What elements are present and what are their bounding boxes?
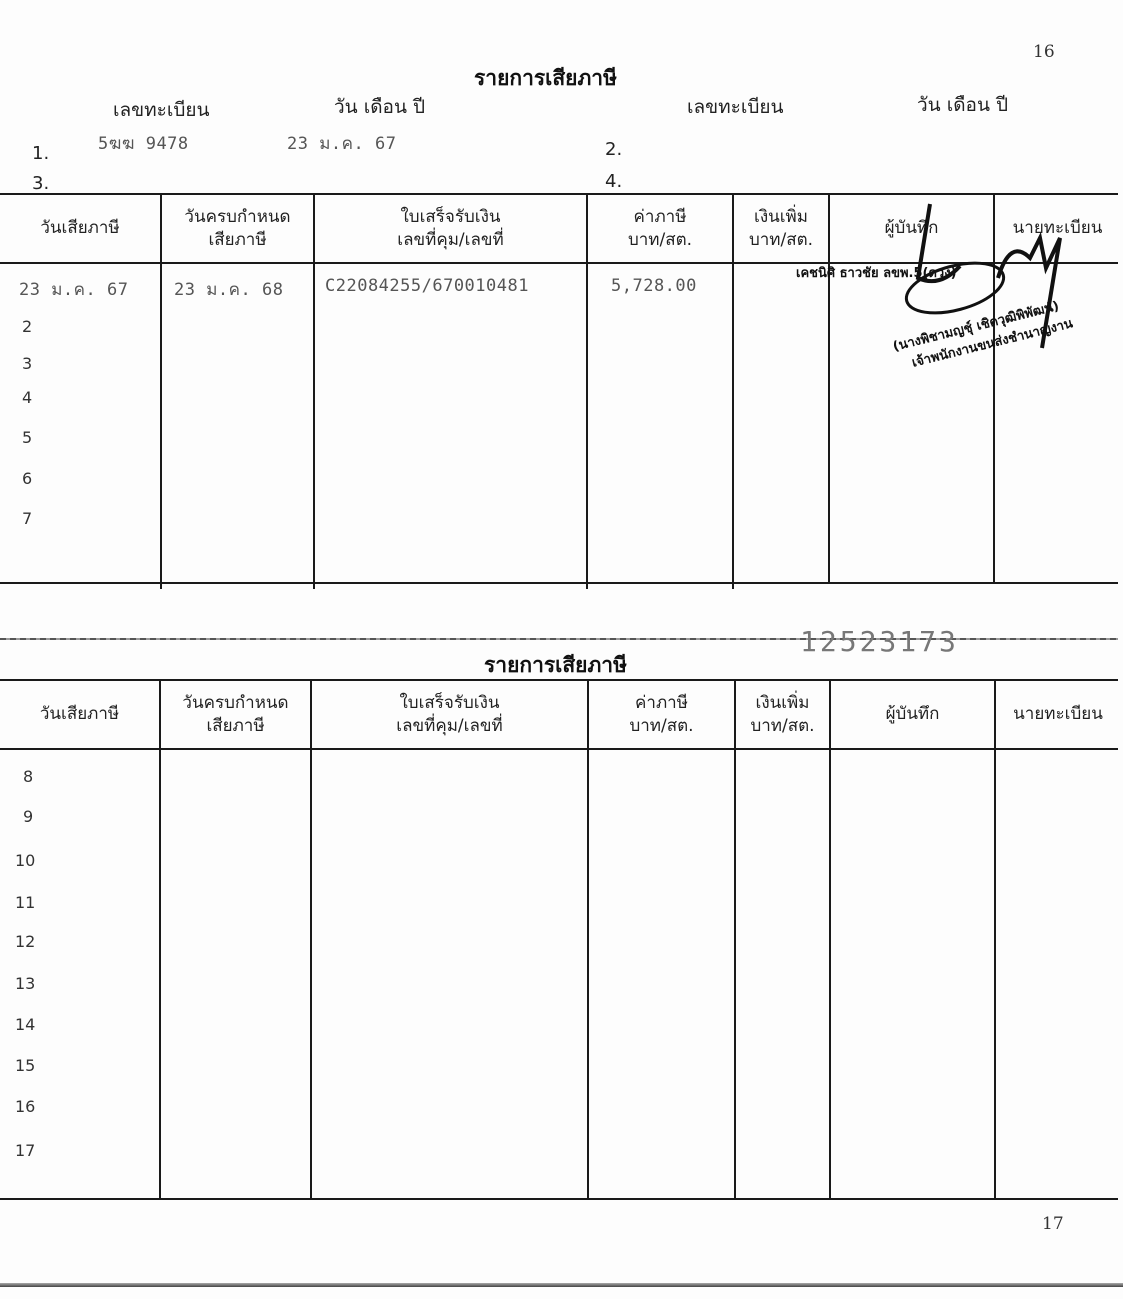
- row-number: 6: [22, 469, 32, 488]
- header-text: บาท/สต.: [734, 229, 828, 252]
- header-text: ใบเสร็จรับเงิน: [315, 206, 586, 229]
- header-text: วันครบกำหนด: [161, 692, 310, 715]
- header-text: เลขที่คุม/เลขที่: [315, 229, 586, 252]
- row-1-due-date: 23 ม.ค. 68: [174, 276, 283, 303]
- header-text: ใบเสร็จรับเงิน: [312, 692, 587, 715]
- row-number: 8: [23, 767, 33, 786]
- header-text: เสียภาษี: [162, 229, 313, 252]
- reg-item-3-number: 3.: [32, 173, 49, 194]
- row-1-tax: 5,728.00: [611, 276, 697, 296]
- header-text: นายทะเบียน: [996, 703, 1120, 726]
- row-number: 4: [22, 388, 32, 407]
- col-divider: [310, 681, 312, 1198]
- page-number-top: 16: [1033, 42, 1055, 62]
- col-divider: [159, 681, 161, 1198]
- header-text: วันครบกำหนด: [162, 206, 313, 229]
- reg-label-left: เลขทะเบียน: [113, 95, 210, 125]
- reg-item-1-number: 1.: [32, 143, 49, 164]
- header-text: บาท/สต.: [588, 229, 732, 252]
- row-number: 15: [15, 1056, 35, 1075]
- header-text: วันเสียภาษี: [0, 217, 160, 240]
- header-registrar: นายทะเบียน: [996, 681, 1120, 748]
- header-receipt: ใบเสร็จรับเงินเลขที่คุม/เลขที่: [312, 681, 587, 748]
- header-surcharge: เงินเพิ่มบาท/สต.: [736, 681, 829, 748]
- header-recorder: ผู้บันทึก: [831, 681, 994, 748]
- col-divider: [994, 681, 996, 1198]
- row-number: 17: [15, 1141, 35, 1160]
- header-receipt: ใบเสร็จรับเงินเลขที่คุม/เลขที่: [315, 195, 586, 262]
- row-number: 2: [22, 317, 32, 336]
- reg-item-1-plate: 5ฆฆ 9478: [98, 130, 189, 157]
- page-edge: [0, 1283, 1123, 1287]
- col-divider: [734, 681, 736, 1198]
- row-number: 14: [15, 1015, 35, 1034]
- header-text: เงินเพิ่ม: [736, 692, 829, 715]
- row-number: 16: [15, 1097, 35, 1116]
- header-due-date: วันครบกำหนดเสียภาษี: [161, 681, 310, 748]
- row-number: 12: [15, 932, 35, 951]
- reg-item-2-number: 2.: [605, 139, 622, 160]
- header-text: ค่าภาษี: [589, 692, 734, 715]
- serial-number: 12523173: [800, 625, 959, 658]
- table-border: [0, 1198, 1118, 1200]
- col-divider: [587, 681, 589, 1198]
- date-label-left: วัน เดือน ปี: [334, 92, 425, 122]
- section-title-top: รายการเสียภาษี: [474, 62, 617, 95]
- row-number: 9: [23, 807, 33, 826]
- row-number: 7: [22, 509, 32, 528]
- row-1-pay-date: 23 ม.ค. 67: [19, 276, 128, 303]
- header-text: เลขที่คุม/เลขที่: [312, 715, 587, 738]
- header-tax: ค่าภาษีบาท/สต.: [588, 195, 732, 262]
- row-1-receipt: C22084255/670010481: [325, 276, 529, 296]
- reg-item-4-number: 4.: [605, 171, 622, 192]
- header-text: วันเสียภาษี: [0, 703, 159, 726]
- page-number-bottom: 17: [1042, 1214, 1064, 1234]
- reg-item-1-date: 23 ม.ค. 67: [287, 130, 396, 157]
- header-pay-date: วันเสียภาษี: [0, 195, 160, 262]
- header-text: ค่าภาษี: [588, 206, 732, 229]
- header-surcharge: เงินเพิ่มบาท/สต.: [734, 195, 828, 262]
- row-number: 5: [22, 428, 32, 447]
- header-tax: ค่าภาษีบาท/สต.: [589, 681, 734, 748]
- table-border: [0, 582, 1118, 584]
- col-divider: [829, 681, 831, 1198]
- header-pay-date: วันเสียภาษี: [0, 681, 159, 748]
- row-number: 13: [15, 974, 35, 993]
- header-text: ผู้บันทึก: [831, 703, 994, 726]
- header-text: บาท/สต.: [589, 715, 734, 738]
- row-number: 3: [22, 354, 32, 373]
- header-text: บาท/สต.: [736, 715, 829, 738]
- section-title-bottom: รายการเสียภาษี: [484, 649, 627, 682]
- row-number: 11: [15, 893, 35, 912]
- header-due-date: วันครบกำหนดเสียภาษี: [162, 195, 313, 262]
- table-border: [0, 748, 1118, 750]
- row-number: 10: [15, 851, 35, 870]
- date-label-right: วัน เดือน ปี: [917, 90, 1008, 120]
- header-text: เงินเพิ่ม: [734, 206, 828, 229]
- header-text: เสียภาษี: [161, 715, 310, 738]
- reg-label-right: เลขทะเบียน: [687, 92, 784, 122]
